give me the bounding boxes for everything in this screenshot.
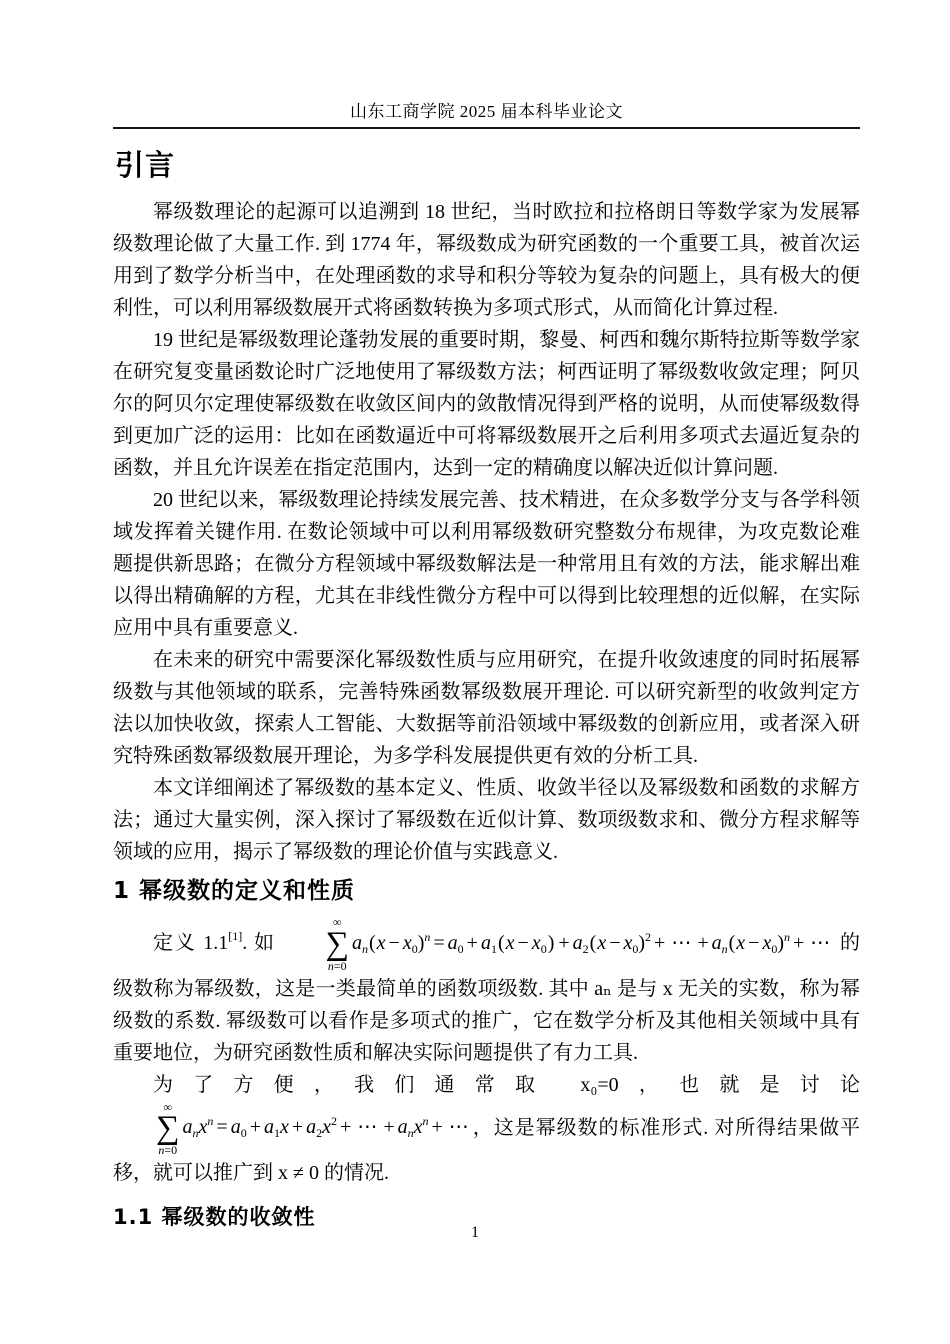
citation-reference: [1] [228, 929, 242, 943]
standard-form-text-pre: 为了方便，我们通常取 x₀=0，也就是讨论 [153, 1074, 860, 1096]
thesis-page: 山东工商学院 2025 届本科毕业论文 引言 幂级数理论的起源可以追溯到 18 … [0, 0, 950, 1344]
page-number: 1 [471, 1224, 479, 1241]
header-rule [113, 127, 860, 129]
running-header-title: 山东工商学院 2025 届本科毕业论文 [113, 101, 860, 127]
definition-text-pre: . 如 [242, 932, 275, 954]
summation-symbol: ∞∑n=0 [116, 1101, 180, 1158]
intro-paragraph-3: 20 世纪以来，幂级数理论持续发展完善、技术精进，在众多数学分支与各学科领域发挥… [113, 484, 860, 644]
standard-form-paragraph: 为了方便，我们通常取 x₀=0，也就是讨论 ∞∑n=0anxn=a0+a1x+a… [113, 1069, 860, 1190]
page-footer: 1 [0, 1224, 950, 1242]
summation-symbol: ∞∑n=0 [285, 916, 349, 973]
intro-heading: 引言 [115, 147, 860, 183]
intro-paragraph-2: 19 世纪是幂级数理论蓬勃发展的重要时期，黎曼、柯西和魏尔斯特拉斯等数学家在研究… [113, 324, 860, 484]
general-power-series-formula: ∞∑n=0an(x−x0)n=a0+a1(x−x0)+a2(x−x0)2+⋯+a… [282, 932, 833, 954]
intro-paragraph-5: 本文详细阐述了幂级数的基本定义、性质、收敛半径以及幂级数和函数的求解方法；通过大… [113, 772, 860, 868]
definition-label: 定义 1.1 [153, 932, 228, 954]
page-header: 山东工商学院 2025 届本科毕业论文 [113, 0, 860, 129]
section1-heading: 1 幂级数的定义和性质 [113, 875, 860, 907]
page-body: 引言 幂级数理论的起源可以追溯到 18 世纪，当时欧拉和拉格朗日等数学家为发展幂… [113, 147, 860, 1232]
standard-power-series-formula: ∞∑n=0anxn=a0+a1x+a2x2+⋯+anxn+⋯ [113, 1116, 472, 1138]
definition-paragraph: 定义 1.1[1]. 如 ∞∑n=0an(x−x0)n=a0+a1(x−x0)+… [113, 916, 860, 1069]
intro-paragraph-4: 在未来的研究中需要深化幂级数性质与应用研究，在提升收敛速度的同时拓展幂级数与其他… [113, 644, 860, 772]
intro-paragraph-1: 幂级数理论的起源可以追溯到 18 世纪，当时欧拉和拉格朗日等数学家为发展幂级数理… [113, 196, 860, 324]
